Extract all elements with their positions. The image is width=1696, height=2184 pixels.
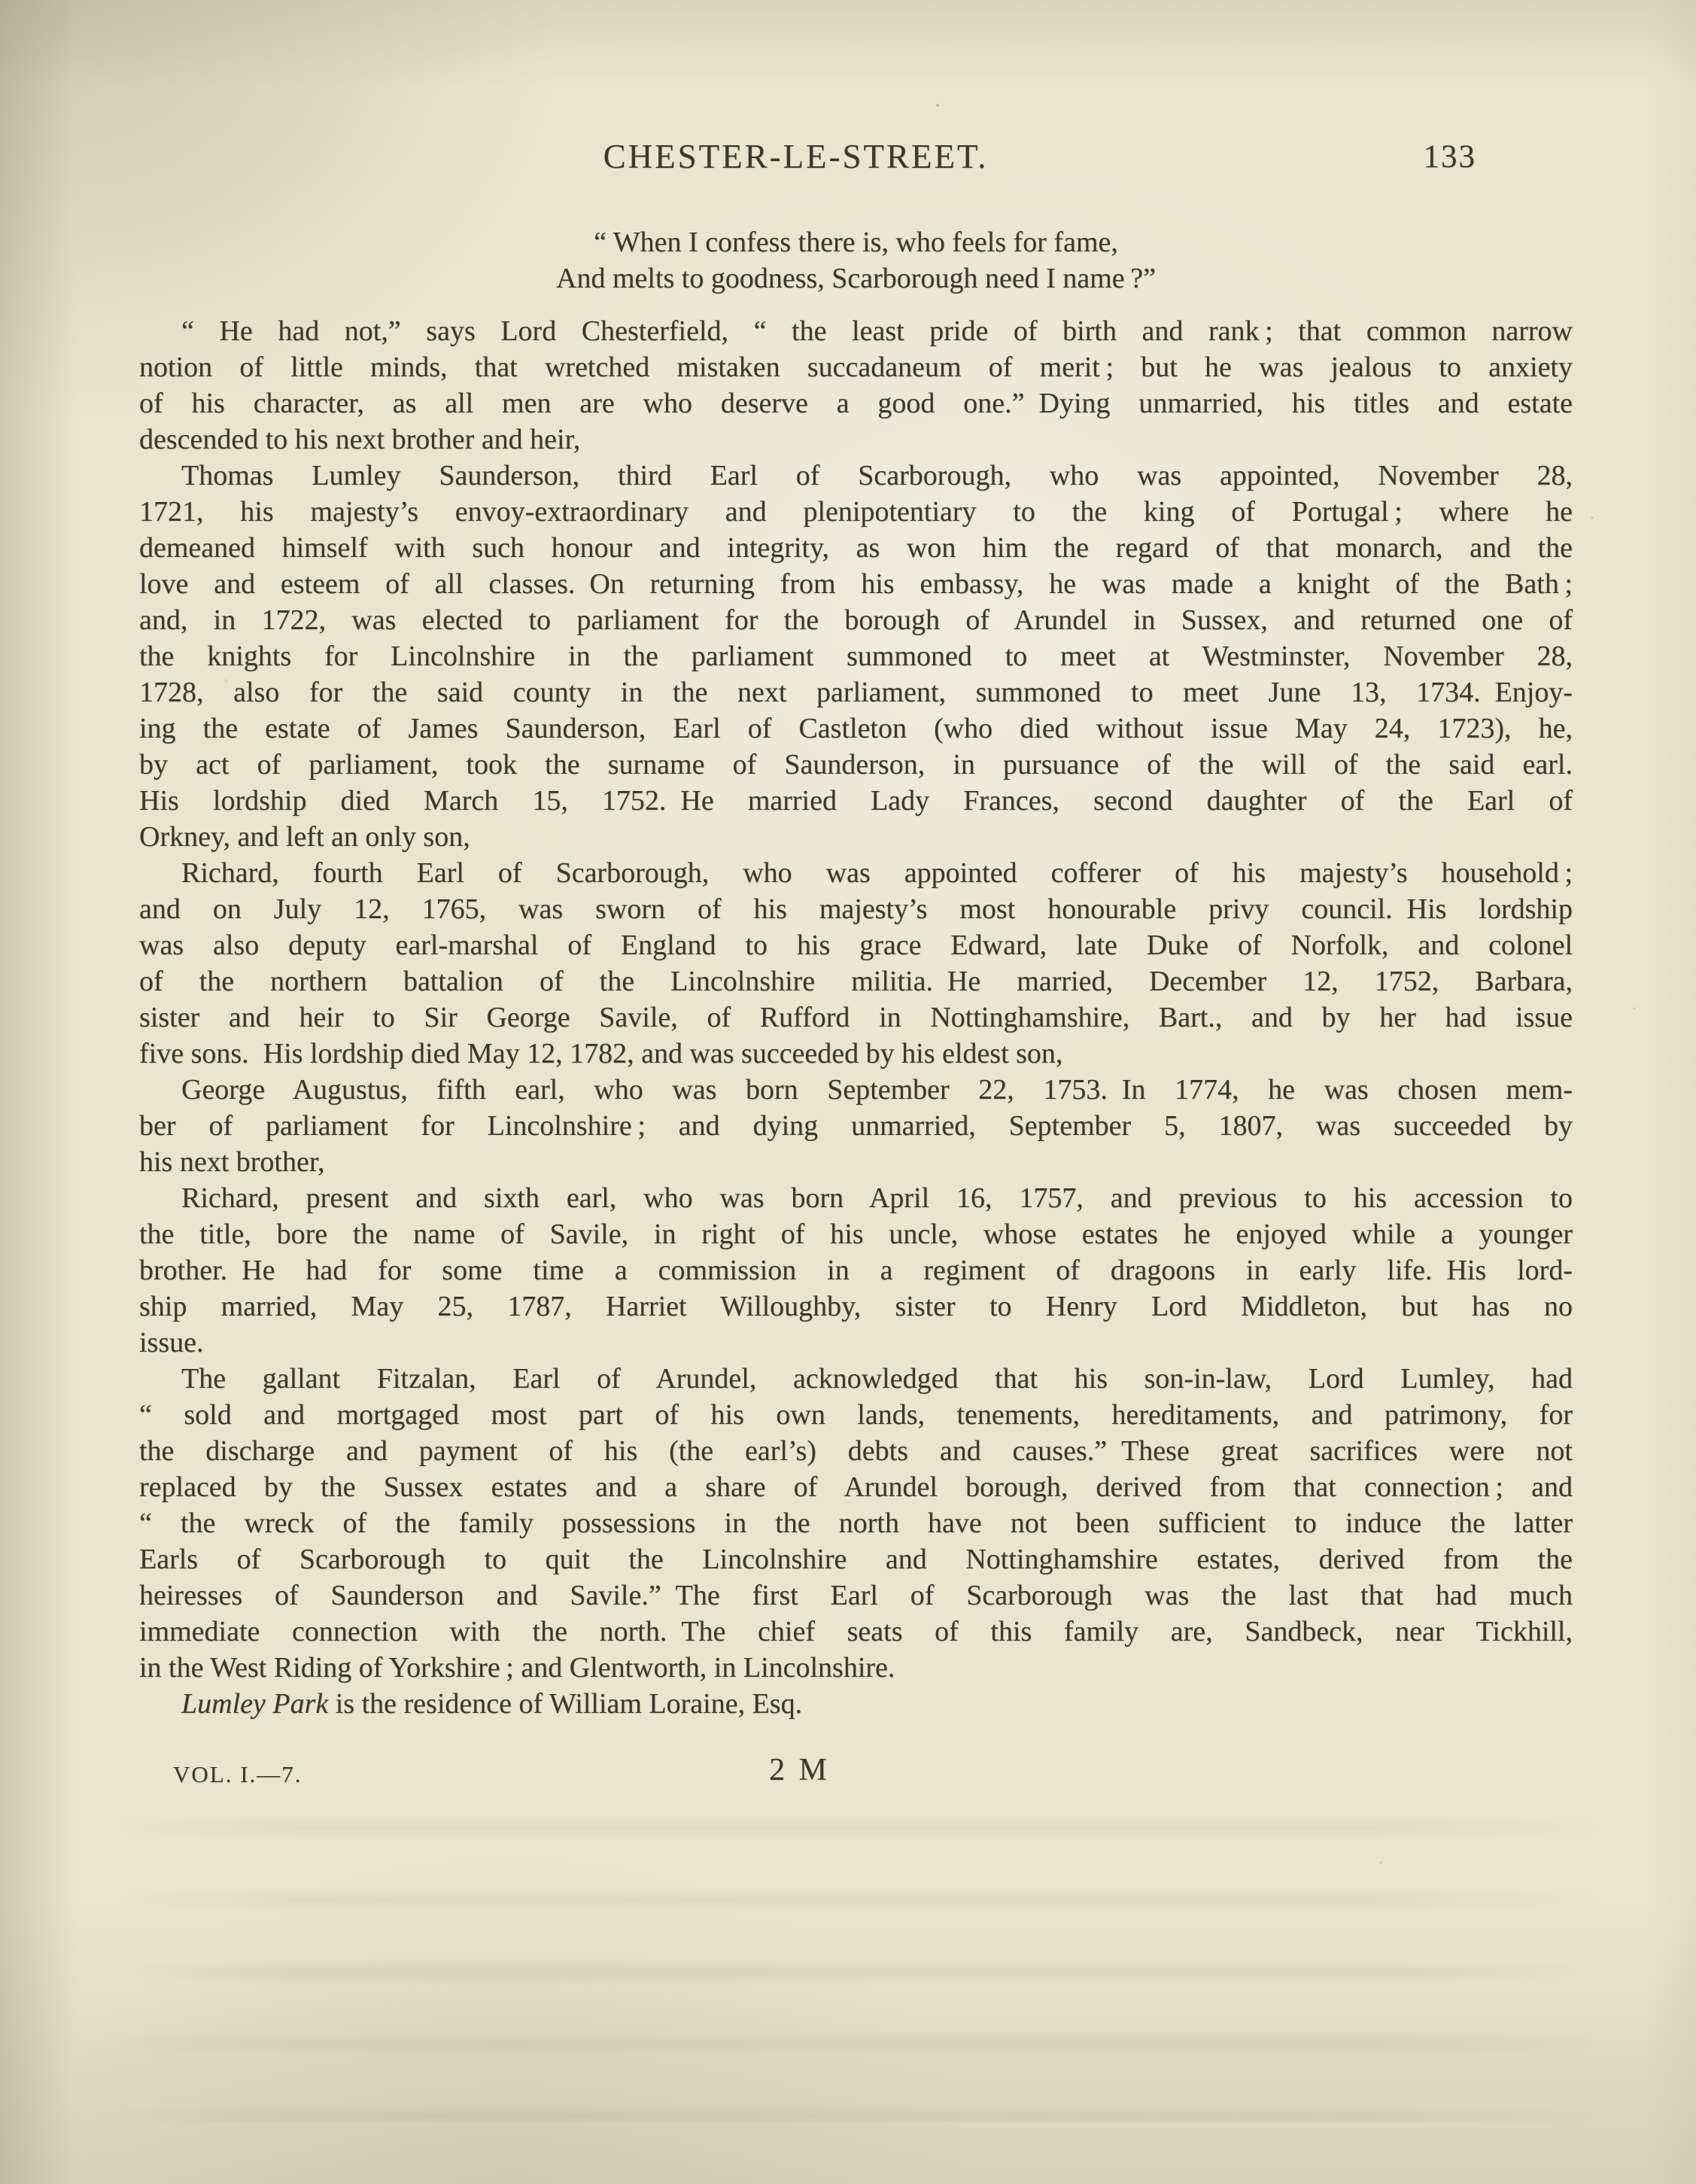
text-line: notion of little minds, that wretched mi… — [139, 349, 1573, 385]
text-line: the knights for Lincolnshire in the parl… — [139, 638, 1573, 674]
epigraph-verse: “ When I confess there is, who feels for… — [139, 224, 1573, 297]
text-line: of the northern battalion of the Lincoln… — [139, 963, 1573, 999]
epigraph-line: And melts to goodness, Scarborough need … — [139, 260, 1573, 297]
body-text: “ He had not,” says Lord Chesterfield, “… — [139, 313, 1573, 1722]
text-line: was also deputy earl-marshal of England … — [139, 927, 1573, 963]
text-line: issue. — [139, 1325, 1573, 1361]
text-line: “ He had not,” says Lord Chesterfield, “… — [139, 313, 1573, 349]
text-line: 1728, also for the said county in the ne… — [139, 674, 1573, 710]
running-title: CHESTER-LE-STREET. — [603, 137, 989, 176]
gathering-signature: 2 M — [83, 1752, 1516, 1788]
text-line: His lordship died March 15, 1752. He mar… — [139, 783, 1573, 819]
text-line: by act of parliament, took the surname o… — [139, 747, 1573, 783]
italic-place-name: Lumley Park — [181, 1688, 328, 1720]
text-line: the title, bore the name of Savile, in r… — [139, 1216, 1573, 1252]
text-line: heiresses of Saunderson and Savile.” The… — [139, 1577, 1573, 1614]
text-line: and, in 1722, was elected to parliament … — [139, 602, 1573, 638]
text-line: Lumley Park is the residence of William … — [139, 1686, 1573, 1722]
text-line: ship married, May 25, 1787, Harriet Will… — [139, 1288, 1573, 1325]
text-line: 1721, his majesty’s envoy-extraordinary … — [139, 494, 1573, 530]
text-line: sister and heir to Sir George Savile, of… — [139, 999, 1573, 1036]
text-line: “ the wreck of the family possessions in… — [139, 1505, 1573, 1541]
text-line: of his character, as all men are who des… — [139, 385, 1573, 421]
text-line: the discharge and payment of his (the ea… — [139, 1433, 1573, 1469]
text-line: and on July 12, 1765, was sworn of his m… — [139, 891, 1573, 927]
page-number: 133 — [1424, 138, 1477, 175]
text-line: love and esteem of all classes. On retur… — [139, 566, 1573, 602]
text-line: “ sold and mortgaged most part of his ow… — [139, 1397, 1573, 1433]
text-line: replaced by the Sussex estates and a sha… — [139, 1469, 1573, 1505]
page-footer: VOL. I.—7. 2 M — [139, 1752, 1573, 1791]
text-line: Richard, present and sixth earl, who was… — [139, 1180, 1573, 1216]
text-line: ber of parliament for Lincolnshire ; and… — [139, 1108, 1573, 1144]
text-line: demeaned himself with such honour and in… — [139, 530, 1573, 566]
text-line: his next brother, — [139, 1144, 1573, 1180]
book-page-scan: CHESTER-LE-STREET. 133 “ When I confess … — [0, 0, 1696, 2184]
epigraph-line: “ When I confess there is, who feels for… — [139, 224, 1573, 260]
page-header: CHESTER-LE-STREET. 133 — [139, 137, 1573, 185]
text-line: Richard, fourth Earl of Scarborough, who… — [139, 855, 1573, 891]
text-line: The gallant Fitzalan, Earl of Arundel, a… — [139, 1361, 1573, 1397]
text-line: in the West Riding of Yorkshire ; and Gl… — [139, 1650, 1573, 1686]
text-line: George Augustus, fifth earl, who was bor… — [139, 1072, 1573, 1108]
text-line: Orkney, and left an only son, — [139, 819, 1573, 855]
text-line: Earls of Scarborough to quit the Lincoln… — [139, 1541, 1573, 1577]
text-line: Thomas Lumley Saunderson, third Earl of … — [139, 458, 1573, 494]
verso-bleed-through — [113, 1799, 1606, 2122]
text-line: ing the estate of James Saunderson, Earl… — [139, 710, 1573, 747]
text-line: brother. He had for some time a commissi… — [139, 1252, 1573, 1288]
text-line: immediate connection with the north. The… — [139, 1614, 1573, 1650]
page-content: CHESTER-LE-STREET. 133 “ When I confess … — [139, 137, 1573, 1791]
text-line: descended to his next brother and heir, — [139, 421, 1573, 458]
text-line: five sons. His lordship died May 12, 178… — [139, 1036, 1573, 1072]
